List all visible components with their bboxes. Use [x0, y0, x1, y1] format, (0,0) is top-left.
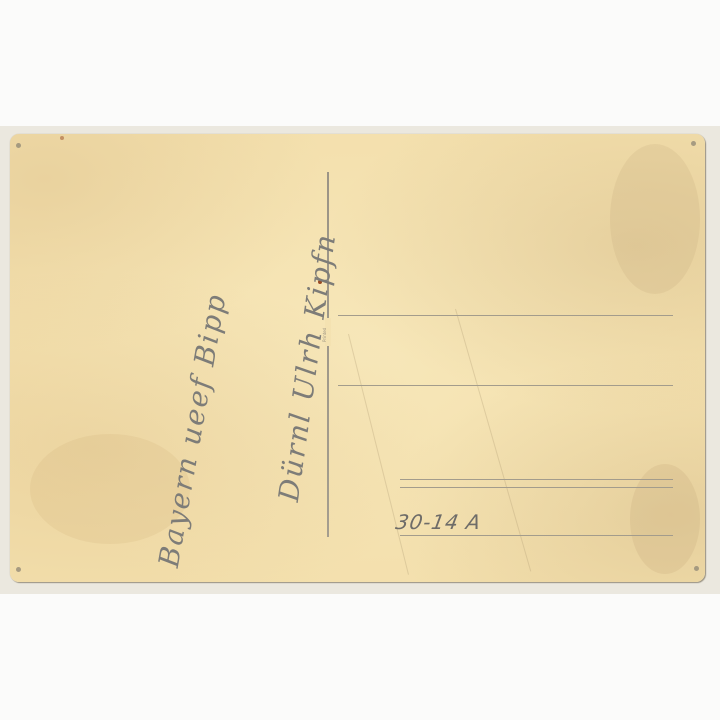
handwritten-line-1: Dürnl Ulrh Kipfn: [272, 231, 342, 504]
pin-hole-top-left: [16, 143, 21, 148]
pin-hole-top-right: [691, 141, 696, 146]
reference-note: 30-14 A: [394, 510, 483, 534]
rust-spot: [60, 136, 64, 140]
postcard-back: Printed Dürnl Ulrh Kipfn Bayern ueef Bip…: [10, 134, 705, 582]
pin-hole-bottom-left: [16, 567, 21, 572]
address-line-4: [400, 535, 673, 536]
address-line-2: [338, 385, 673, 386]
center-divider-line: [327, 172, 329, 537]
age-stain: [610, 144, 700, 294]
handwritten-line-2: Bayern ueef Bipp: [152, 290, 233, 569]
address-line-3b: [400, 487, 673, 488]
address-line-3a: [400, 479, 673, 480]
fold-crease: [348, 334, 409, 575]
pin-hole-bottom-right: [694, 566, 699, 571]
age-stain: [630, 464, 700, 574]
address-line-1: [338, 315, 673, 316]
